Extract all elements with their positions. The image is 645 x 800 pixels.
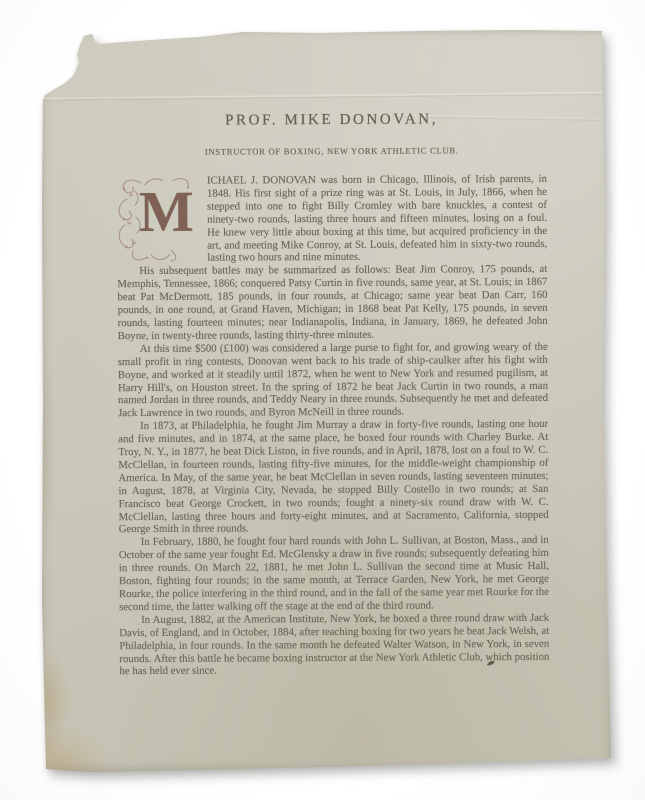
- paragraph-text: In August, 1882, at the American Institu…: [119, 612, 549, 678]
- paper-crease: [40, 91, 614, 101]
- photograph-background: PROF. MIKE DONOVAN, INSTRUCTOR OF BOXING…: [0, 0, 645, 800]
- document-page: PROF. MIKE DONOVAN, INSTRUCTOR OF BOXING…: [40, 28, 614, 772]
- ornamental-dropcap: M: [115, 175, 203, 262]
- pencil-mark: [486, 654, 496, 662]
- dropcap-ornament-icon: M: [115, 175, 203, 262]
- paragraph-4: In 1873, at Philadelphia, he fought Jim …: [118, 418, 549, 536]
- paragraph-5: In February, 1880, he fought four hard r…: [119, 534, 549, 614]
- page-subtitle: INSTRUCTOR OF BOXING, NEW YORK ATHLETIC …: [117, 145, 547, 157]
- paragraph-text: At this time $500 (£100) was considered …: [118, 341, 548, 420]
- paper-stain: [40, 648, 70, 758]
- paper-stain: [42, 328, 56, 548]
- body-text: M ICHAEL J. DONOVAN was born in Chicago,…: [117, 173, 550, 679]
- paragraph-1: M ICHAEL J. DONOVAN was born in Chicago,…: [117, 173, 547, 266]
- page-title: PROF. MIKE DONOVAN,: [117, 111, 547, 130]
- printed-content: PROF. MIKE DONOVAN, INSTRUCTOR OF BOXING…: [117, 111, 550, 679]
- paper-stain: [40, 726, 110, 772]
- paper-edge-highlight: [40, 28, 614, 30]
- paragraph-text: In 1873, at Philadelphia, he fought Jim …: [118, 418, 548, 535]
- paragraph-text: In February, 1880, he fought four hard r…: [119, 534, 549, 613]
- paragraph-2: His subsequent battles may be summarized…: [117, 263, 547, 343]
- paragraph-6: In August, 1882, at the American Institu…: [119, 612, 549, 679]
- paragraph-3: At this time $500 (£100) was considered …: [118, 341, 548, 421]
- dropcap-letter: M: [139, 179, 194, 244]
- paper-shadow: PROF. MIKE DONOVAN, INSTRUCTOR OF BOXING…: [40, 28, 614, 772]
- paragraph-text: ICHAEL J. DONOVAN was born in Chicago, I…: [207, 173, 547, 264]
- paragraph-text: His subsequent battles may be summarized…: [117, 263, 547, 342]
